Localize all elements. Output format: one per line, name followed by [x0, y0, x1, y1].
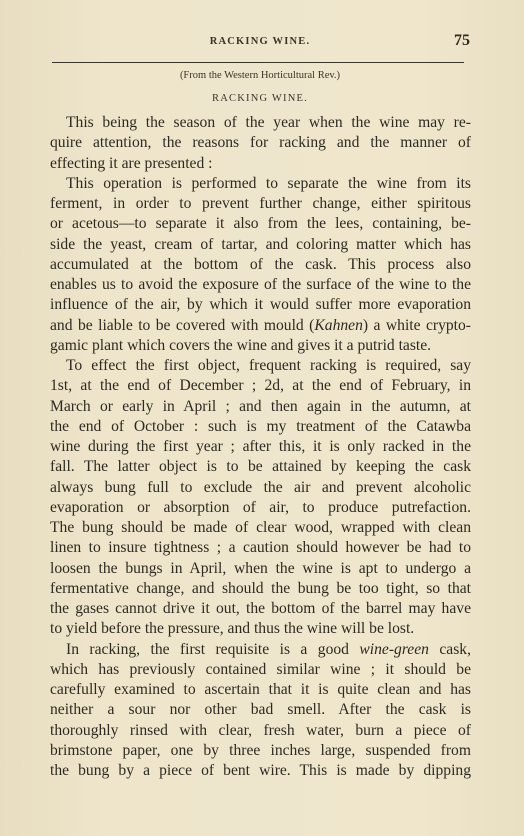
text-line: To effect the first object, frequent rac…: [50, 356, 471, 376]
text-line: linen to insure tightness ; a caution sh…: [50, 538, 471, 558]
text-line: which has previously contained similar w…: [50, 660, 471, 680]
text-segment: In racking, the first requisite is a goo…: [66, 641, 359, 658]
italic-term-wine-green: wine-green: [359, 641, 429, 658]
running-title: RACKING WINE.: [50, 36, 470, 47]
text-line: quire attention, the reasons for racking…: [50, 133, 471, 153]
text-line: ferment, in order to prevent further cha…: [50, 194, 471, 214]
text-segment: and be liable to be covered with mould (: [50, 317, 314, 334]
text-line: always bung full to exclude the air and …: [50, 478, 471, 498]
text-line: to yield before the pressure, and thus t…: [50, 619, 471, 639]
text-line: enables us to avoid the exposure of the …: [50, 275, 471, 295]
header-rule: [52, 62, 464, 63]
article-title: RACKING WINE.: [50, 93, 470, 104]
text-line: evaporation or absorption of air, to pro…: [50, 498, 471, 518]
text-line: fall. The latter object is to be attaine…: [50, 457, 471, 477]
text-line: March or early in April ; and then again…: [50, 397, 471, 417]
text-line: the end of October : such is my treatmen…: [50, 417, 471, 437]
text-line: gamic plant which covers the wine and gi…: [50, 336, 471, 356]
text-segment: ) a white crypto-: [363, 317, 471, 334]
text-line: carefully examined to ascertain that it …: [50, 680, 471, 700]
text-line: This operation is performed to separate …: [50, 174, 471, 194]
text-segment: cask,: [429, 641, 471, 658]
text-line: The bung should be made of clear wood, w…: [50, 518, 471, 538]
italic-term-kahnen: Kahnen: [314, 317, 363, 334]
text-line: influence of the air, by which it would …: [50, 295, 471, 315]
text-line: or acetous—to separate it also from the …: [50, 214, 471, 234]
text-line: 1st, at the end of December ; 2d, at the…: [50, 376, 471, 396]
text-line: loosen the bungs in April, when the wine…: [50, 559, 471, 579]
page-number: 75: [454, 32, 470, 50]
book-page: RACKING WINE. 75 (From the Western Horti…: [0, 0, 524, 836]
text-line-kahnen: and be liable to be covered with mould (…: [50, 316, 471, 336]
text-line: thoroughly rinsed with clear, fresh wate…: [50, 721, 471, 741]
article-body: This being the season of the year when t…: [50, 113, 471, 781]
text-line: side the yeast, cream of tartar, and col…: [50, 235, 471, 255]
text-line: wine during the first year ; after this,…: [50, 437, 471, 457]
text-line: neither a sour nor other bad smell. Afte…: [50, 700, 471, 720]
text-line: brimstone paper, one by three inches lar…: [50, 741, 471, 761]
text-line: This being the season of the year when t…: [50, 113, 471, 133]
text-line: effecting it are presented :: [50, 154, 471, 174]
text-line: the gases cannot drive it out, the botto…: [50, 599, 471, 619]
text-line: fermentative change, and should the bung…: [50, 579, 471, 599]
article-source: (From the Western Horticultural Rev.): [50, 70, 470, 81]
text-line-winegreen: In racking, the first requisite is a goo…: [50, 640, 471, 660]
text-line: the bung by a piece of bent wire. This i…: [50, 761, 471, 781]
running-head: RACKING WINE. 75: [50, 30, 470, 54]
text-line: accumulated at the bottom of the cask. T…: [50, 255, 471, 275]
